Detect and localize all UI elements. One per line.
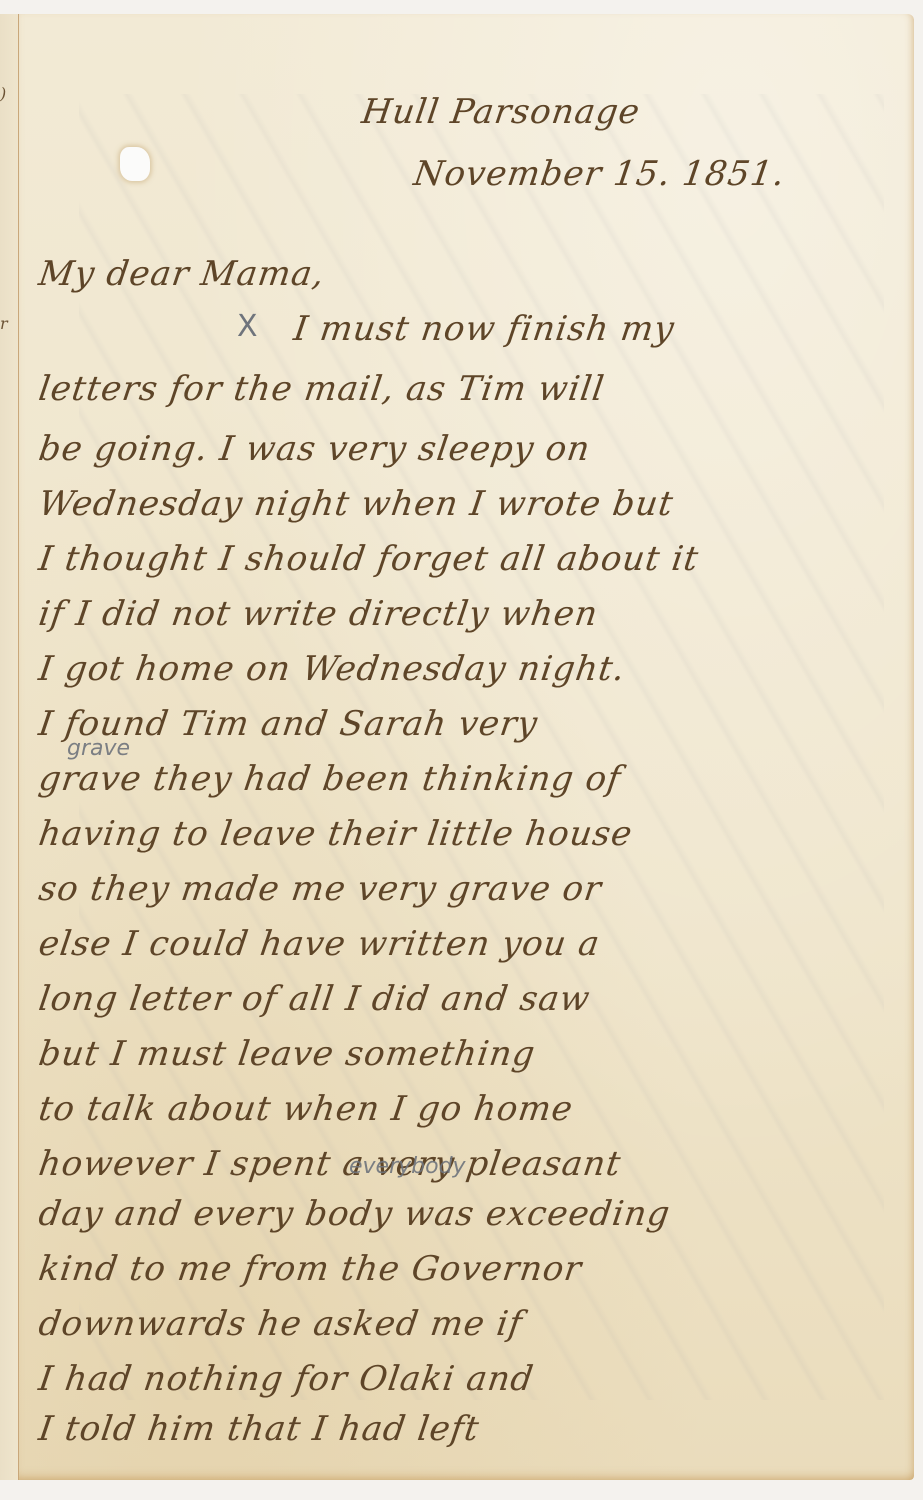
letter-place: Hull Parsonage bbox=[359, 92, 643, 132]
letter-line: I told him that I had left bbox=[36, 1409, 482, 1449]
letter-line: be going. I was very sleepy on bbox=[36, 429, 593, 469]
letter-line: I got home on Wednesday night. bbox=[36, 649, 628, 689]
letter-line: if I did not write directly when bbox=[36, 594, 601, 634]
letter-line: I thought I should forget all about it bbox=[36, 539, 701, 579]
letter-page: Hull Parsonage November 15. 1851. My dea… bbox=[19, 14, 914, 1480]
letter-date: November 15. 1851. bbox=[411, 154, 788, 194]
letter-salutation: My dear Mama, bbox=[36, 254, 327, 294]
letter-line: but I must leave something bbox=[36, 1034, 538, 1074]
letter-line: else I could have written you a bbox=[36, 924, 602, 964]
adjacent-page-edge: ) r bbox=[0, 14, 19, 1480]
letter-line: I had nothing for Olaki and bbox=[36, 1359, 536, 1399]
pencil-annotation-grave: grave bbox=[67, 736, 130, 761]
adjacent-page-fragment: ) bbox=[0, 84, 6, 103]
letter-line: Wednesday night when I wrote but bbox=[36, 484, 676, 524]
letter-line: to talk about when I go home bbox=[36, 1089, 575, 1129]
adjacent-page-fragment: r bbox=[0, 314, 8, 333]
pencil-x-mark: X bbox=[237, 309, 258, 344]
paper-hole bbox=[120, 147, 150, 181]
letter-line: so they made me very grave or bbox=[36, 869, 604, 909]
pencil-annotation-everybody: everybody bbox=[349, 1154, 466, 1179]
letter-line: however I spent a very pleasant bbox=[36, 1144, 624, 1184]
letter-line: having to leave their little house bbox=[36, 814, 635, 854]
letter-line: kind to me from the Governor bbox=[36, 1249, 584, 1289]
letter-line: I must now finish my bbox=[291, 309, 677, 349]
letter-line: day and every body was exceeding bbox=[36, 1194, 673, 1234]
letter-line: downwards he asked me if bbox=[36, 1304, 525, 1344]
letter-line: grave they had been thinking of bbox=[36, 759, 624, 799]
letter-line: long letter of all I did and saw bbox=[36, 979, 593, 1019]
letter-line: letters for the mail, as Tim will bbox=[36, 369, 607, 409]
